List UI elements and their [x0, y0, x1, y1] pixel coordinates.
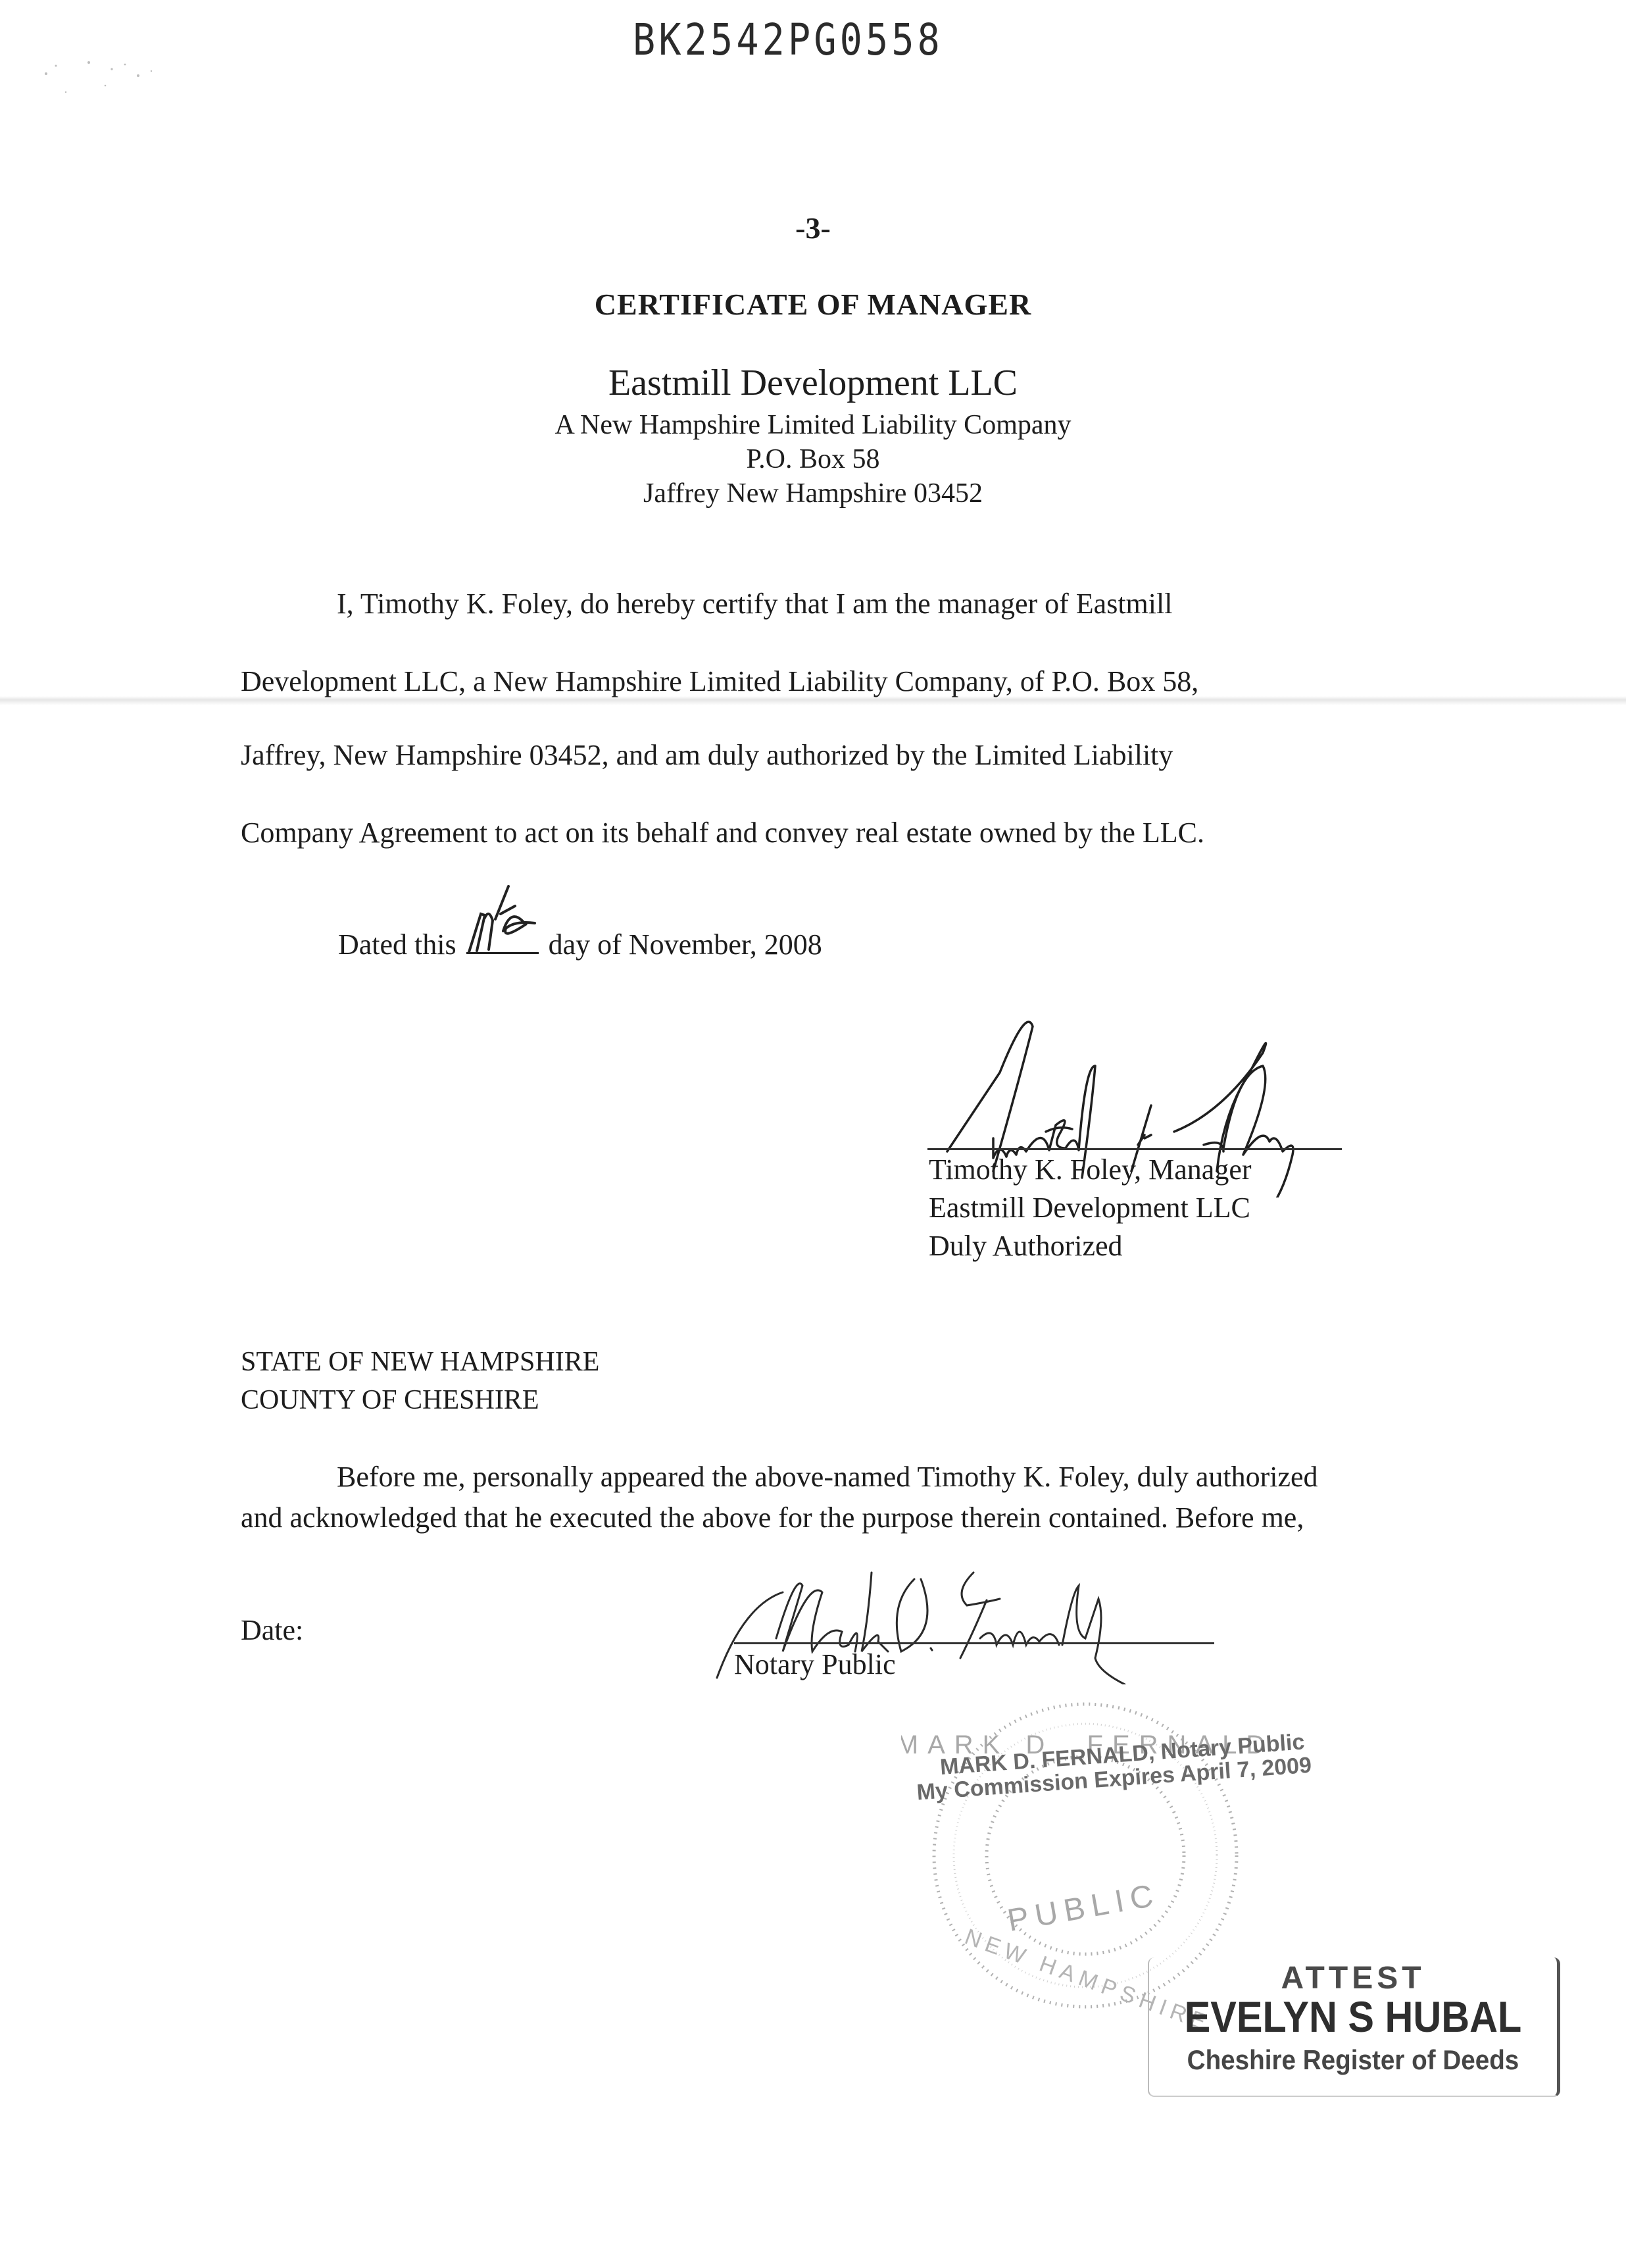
manager-signature-line [927, 1148, 1342, 1150]
company-address-line1: P.O. Box 58 [0, 443, 1626, 475]
certification-line-2: Development LLC, a New Hampshire Limited… [241, 665, 1198, 698]
svg-text:PUBLIC: PUBLIC [1005, 1877, 1162, 1938]
venue-county: COUNTY OF CHESHIRE [241, 1384, 539, 1416]
date-label: Date: [241, 1613, 303, 1647]
attest-name: EVELYN S HUBAL [1170, 1992, 1537, 2042]
certification-line-3: Jaffrey, New Hampshire 03452, and am dul… [241, 738, 1173, 772]
signer-company: Eastmill Development LLC [929, 1191, 1250, 1224]
dated-suffix: day of November, 2008 [549, 928, 822, 961]
scan-specks [26, 53, 171, 112]
company-name: Eastmill Development LLC [0, 362, 1626, 404]
recording-stamp: BK2542PG0558 [633, 14, 943, 65]
acknowledgment-paragraph: Before me, personally appeared the above… [241, 1457, 1326, 1538]
signer-authority: Duly Authorized [929, 1229, 1123, 1263]
page-number: -3- [0, 211, 1626, 245]
document-title: CERTIFICATE OF MANAGER [0, 287, 1626, 322]
attest-office: Cheshire Register of Deeds [1166, 2044, 1540, 2076]
company-description: A New Hampshire Limited Liability Compan… [0, 409, 1626, 441]
notary-signature-line [734, 1642, 1214, 1644]
company-address-line2: Jaffrey New Hampshire 03452 [0, 478, 1626, 509]
dated-line: Dated this day of November, 2008 [338, 928, 822, 961]
certification-line-1: I, Timothy K. Foley, do hereby certify t… [337, 587, 1172, 620]
day-blank [466, 932, 539, 954]
attest-heading: ATTEST [1149, 1960, 1557, 1996]
dated-prefix: Dated this [338, 928, 456, 961]
attest-stamp: ATTEST EVELYN S HUBAL Cheshire Register … [1148, 1957, 1560, 2097]
certification-line-4: Company Agreement to act on its behalf a… [241, 816, 1204, 849]
handwritten-day [462, 880, 548, 959]
venue-state: STATE OF NEW HAMPSHIRE [241, 1346, 599, 1378]
acknowledgment-text: Before me, personally appeared the above… [241, 1461, 1318, 1534]
notary-public-label: Notary Public [734, 1648, 896, 1681]
signer-name-title: Timothy K. Foley, Manager [929, 1153, 1252, 1186]
